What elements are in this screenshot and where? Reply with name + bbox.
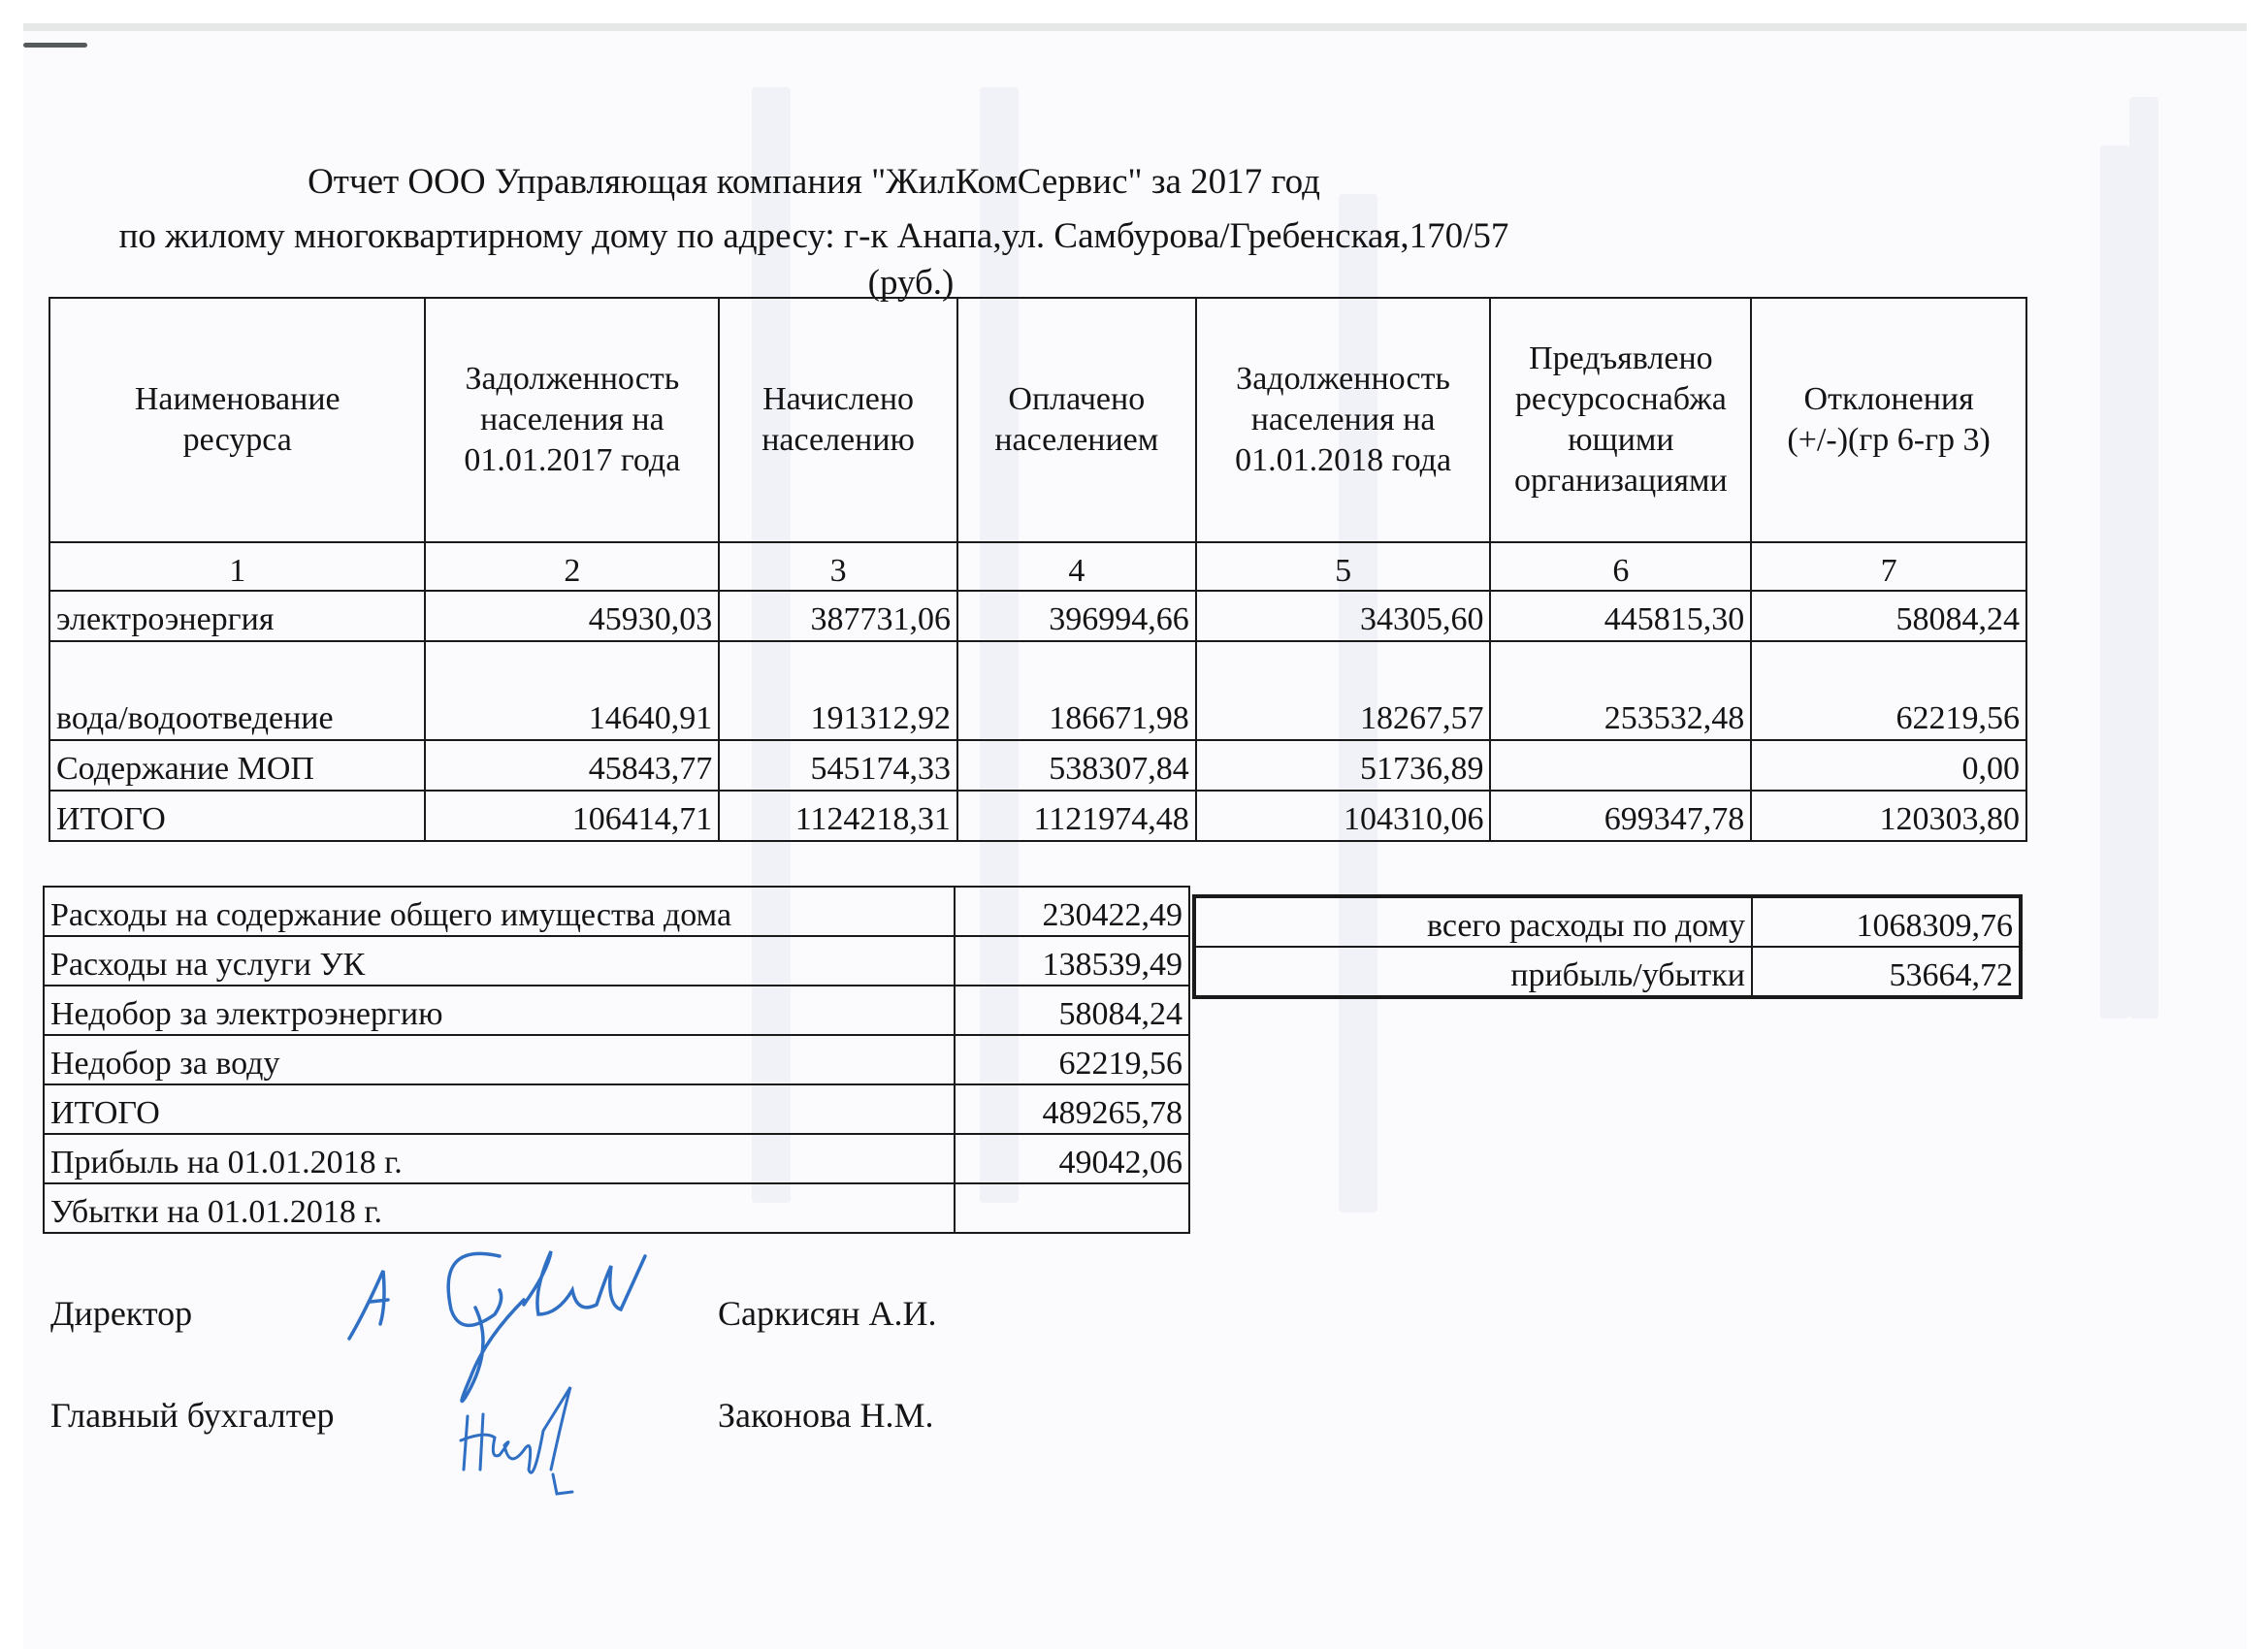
column-header-line: Оплачено [964,379,1189,420]
row-value: 489265,78 [955,1084,1189,1134]
column-header-line: Предъявлено [1497,339,1744,379]
table-cell: 45930,03 [425,591,719,641]
accountant-name: Законова Н.М. [718,1395,933,1436]
resource-name: электроэнергия [49,591,425,641]
row-value: 62219,56 [955,1035,1189,1084]
cost-row: Недобор за воду62219,56 [44,1035,1189,1084]
column-header-line: Начислено [726,379,951,420]
table-cell: 14640,91 [425,641,719,740]
column-header-line: 01.01.2017 года [432,440,712,481]
column-header: Предъявленоресурсоснабжающимиорганизация… [1490,298,1751,542]
column-header: Отклонения(+/-)(гр 6-гр 3) [1751,298,2026,542]
table-cell: 1124218,31 [719,791,957,841]
row-label: Расходы на услуги УК [44,936,955,986]
cost-row: Недобор за электроэнергию58084,24 [44,986,1189,1035]
row-value [955,1183,1189,1233]
resource-name: вода/водоотведение [49,641,425,740]
column-number-row: 1234567 [49,542,2026,591]
column-number: 5 [1196,542,1491,591]
column-number: 2 [425,542,719,591]
table-cell: 58084,24 [1751,591,2026,641]
director-name: Саркисян А.И. [718,1293,937,1334]
column-header: Наименованиересурса [49,298,425,542]
row-value: 1068309,76 [1752,896,2021,947]
summary-row: прибыль/убытки53664,72 [1194,947,2021,997]
costs-table: Расходы на содержание общего имущества д… [43,886,1190,1234]
table-cell: 1121974,48 [957,791,1196,841]
staple-mark [23,43,87,48]
accountant-signature [456,1377,621,1503]
table-cell: 18267,57 [1196,641,1491,740]
column-header-line: населением [964,420,1189,461]
table-cell: 186671,98 [957,641,1196,740]
row-label: Недобор за электроэнергию [44,986,955,1035]
column-number: 1 [49,542,425,591]
table-cell: 62219,56 [1751,641,2026,740]
column-header: Задолженностьнаселения на01.01.2017 года [425,298,719,542]
table-cell: 45843,77 [425,740,719,791]
row-value: 138539,49 [955,936,1189,986]
summary-row: всего расходы по дому1068309,76 [1194,896,2021,947]
row-value: 230422,49 [955,887,1189,936]
table-cell: 0,00 [1751,740,2026,791]
row-label: всего расходы по дому [1194,896,1752,947]
table-cell: 538307,84 [957,740,1196,791]
column-header: Начисленонаселению [719,298,957,542]
row-value: 49042,06 [955,1134,1189,1183]
column-header-line: ющими [1497,420,1744,461]
table-cell: 387731,06 [719,591,957,641]
column-header-line: населения на [1203,400,1484,440]
column-number: 3 [719,542,957,591]
column-header-line: 01.01.2018 года [1203,440,1484,481]
column-number: 6 [1490,542,1751,591]
column-header-line: населению [726,420,951,461]
row-label: Убытки на 01.01.2018 г. [44,1183,955,1233]
row-value: 58084,24 [955,986,1189,1035]
row-value: 53664,72 [1752,947,2021,997]
table-row: электроэнергия45930,03387731,06396994,66… [49,591,2026,641]
cost-row: Расходы на услуги УК138539,49 [44,936,1189,986]
cost-row: Прибыль на 01.01.2018 г.49042,06 [44,1134,1189,1183]
resource-table: НаименованиересурсаЗадолженностьнаселени… [49,297,2027,842]
column-header-line: Задолженность [1203,359,1484,400]
table-cell: 104310,06 [1196,791,1491,841]
column-header: Оплаченонаселением [957,298,1196,542]
bleed-through-mark [2129,97,2158,1018]
table-cell [1490,740,1751,791]
column-header-line: организациями [1497,461,1744,501]
report-title: Отчет ООО Управляющая компания "ЖилКомСе… [0,161,1948,204]
table-cell: 51736,89 [1196,740,1491,791]
column-header-line: населения на [432,400,712,440]
table-row: Содержание МОП45843,77545174,33538307,84… [49,740,2026,791]
table-row: вода/водоотведение14640,91191312,9218667… [49,641,2026,740]
director-label: Директор [50,1293,192,1334]
column-header-line: (+/-)(гр 6-гр 3) [1758,420,2020,461]
summary-table: всего расходы по дому1068309,76прибыль/у… [1192,894,2023,999]
report-address: по жилому многоквартирному дому по адрес… [0,215,1948,258]
row-label: прибыль/убытки [1194,947,1752,997]
row-label: Прибыль на 01.01.2018 г. [44,1134,955,1183]
table-cell: 699347,78 [1490,791,1751,841]
column-number: 4 [957,542,1196,591]
table-cell: 253532,48 [1490,641,1751,740]
column-header: Задолженностьнаселения на01.01.2018 года [1196,298,1491,542]
column-header-line: Отклонения [1758,379,2020,420]
table-cell: 34305,60 [1196,591,1491,641]
table-cell: 120303,80 [1751,791,2026,841]
column-header-line: ресурса [56,420,418,461]
row-label: ИТОГО [44,1084,955,1134]
bleed-through-mark [2100,145,2129,1018]
column-header-line: ресурсоснабжа [1497,379,1744,420]
table-cell: 445815,30 [1490,591,1751,641]
row-label: Недобор за воду [44,1035,955,1084]
resource-name: ИТОГО [49,791,425,841]
table-cell: 191312,92 [719,641,957,740]
column-header-line: Наименование [56,379,418,420]
table-row: ИТОГО106414,711124218,311121974,48104310… [49,791,2026,841]
accountant-label: Главный бухгалтер [50,1395,334,1436]
table-cell: 106414,71 [425,791,719,841]
column-header-line: Задолженность [432,359,712,400]
header-row: НаименованиересурсаЗадолженностьнаселени… [49,298,2026,542]
column-number: 7 [1751,542,2026,591]
cost-row: Расходы на содержание общего имущества д… [44,887,1189,936]
table-cell: 396994,66 [957,591,1196,641]
cost-row: ИТОГО489265,78 [44,1084,1189,1134]
cost-row: Убытки на 01.01.2018 г. [44,1183,1189,1233]
resource-name: Содержание МОП [49,740,425,791]
table-cell: 545174,33 [719,740,957,791]
row-label: Расходы на содержание общего имущества д… [44,887,955,936]
